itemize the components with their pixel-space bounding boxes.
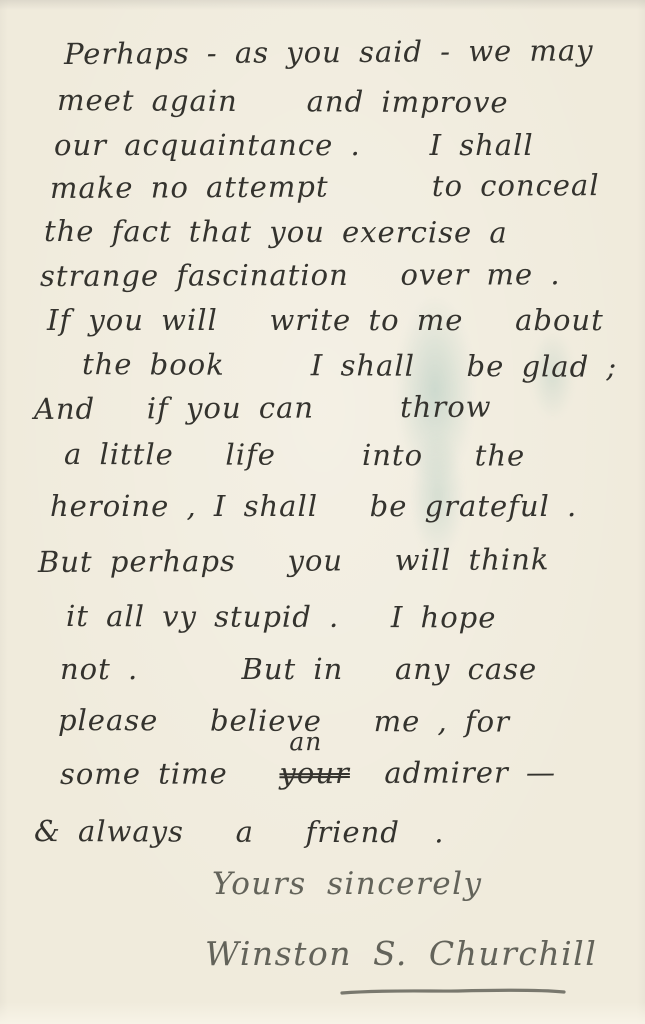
letter-line-8: the book I shall be glad ; xyxy=(82,344,617,387)
signature-flourish-underline xyxy=(338,986,568,998)
letter-line-2: meet again and improve xyxy=(57,80,509,122)
letter-line-9: And if you can throw xyxy=(34,387,492,429)
letter-line-4: make no attempt to conceal xyxy=(50,165,600,208)
letter-line-13: it all vy stupid . I hope xyxy=(66,596,497,638)
letter-page: Perhaps - as you said - we maymeet again… xyxy=(0,0,645,1024)
letter-line-1: Perhaps - as you said - we may xyxy=(64,30,594,74)
letter-line-16: some time anyour admirer — xyxy=(60,752,556,794)
letter-text-segment: admirer — xyxy=(350,755,556,790)
letter-line-11: heroine , I shall be grateful . xyxy=(50,486,577,526)
letter-line-10: a little life into the xyxy=(64,434,525,476)
letter-line-7: If you will write to me about xyxy=(47,300,604,340)
signature: Winston S. Churchill xyxy=(205,934,597,973)
letter-text-segment: some time xyxy=(60,756,280,791)
letter-line-14: not . But in any case xyxy=(60,649,537,689)
corrected-word: anyour xyxy=(279,753,350,793)
letter-line-5: the fact that you exercise a xyxy=(44,211,508,253)
struck-word: your xyxy=(279,756,350,790)
letter-line-12: But perhaps you will think xyxy=(38,539,550,582)
letter-line-3: our acquaintance . I shall xyxy=(54,125,534,165)
letter-line-15: please believe me , for xyxy=(58,700,510,742)
letter-line-17: & always a friend . xyxy=(34,811,445,852)
letter-closing: Yours sincerely xyxy=(212,866,483,902)
inserted-word: an xyxy=(289,729,322,754)
letter-line-6: strange fascination over me . xyxy=(40,254,561,296)
